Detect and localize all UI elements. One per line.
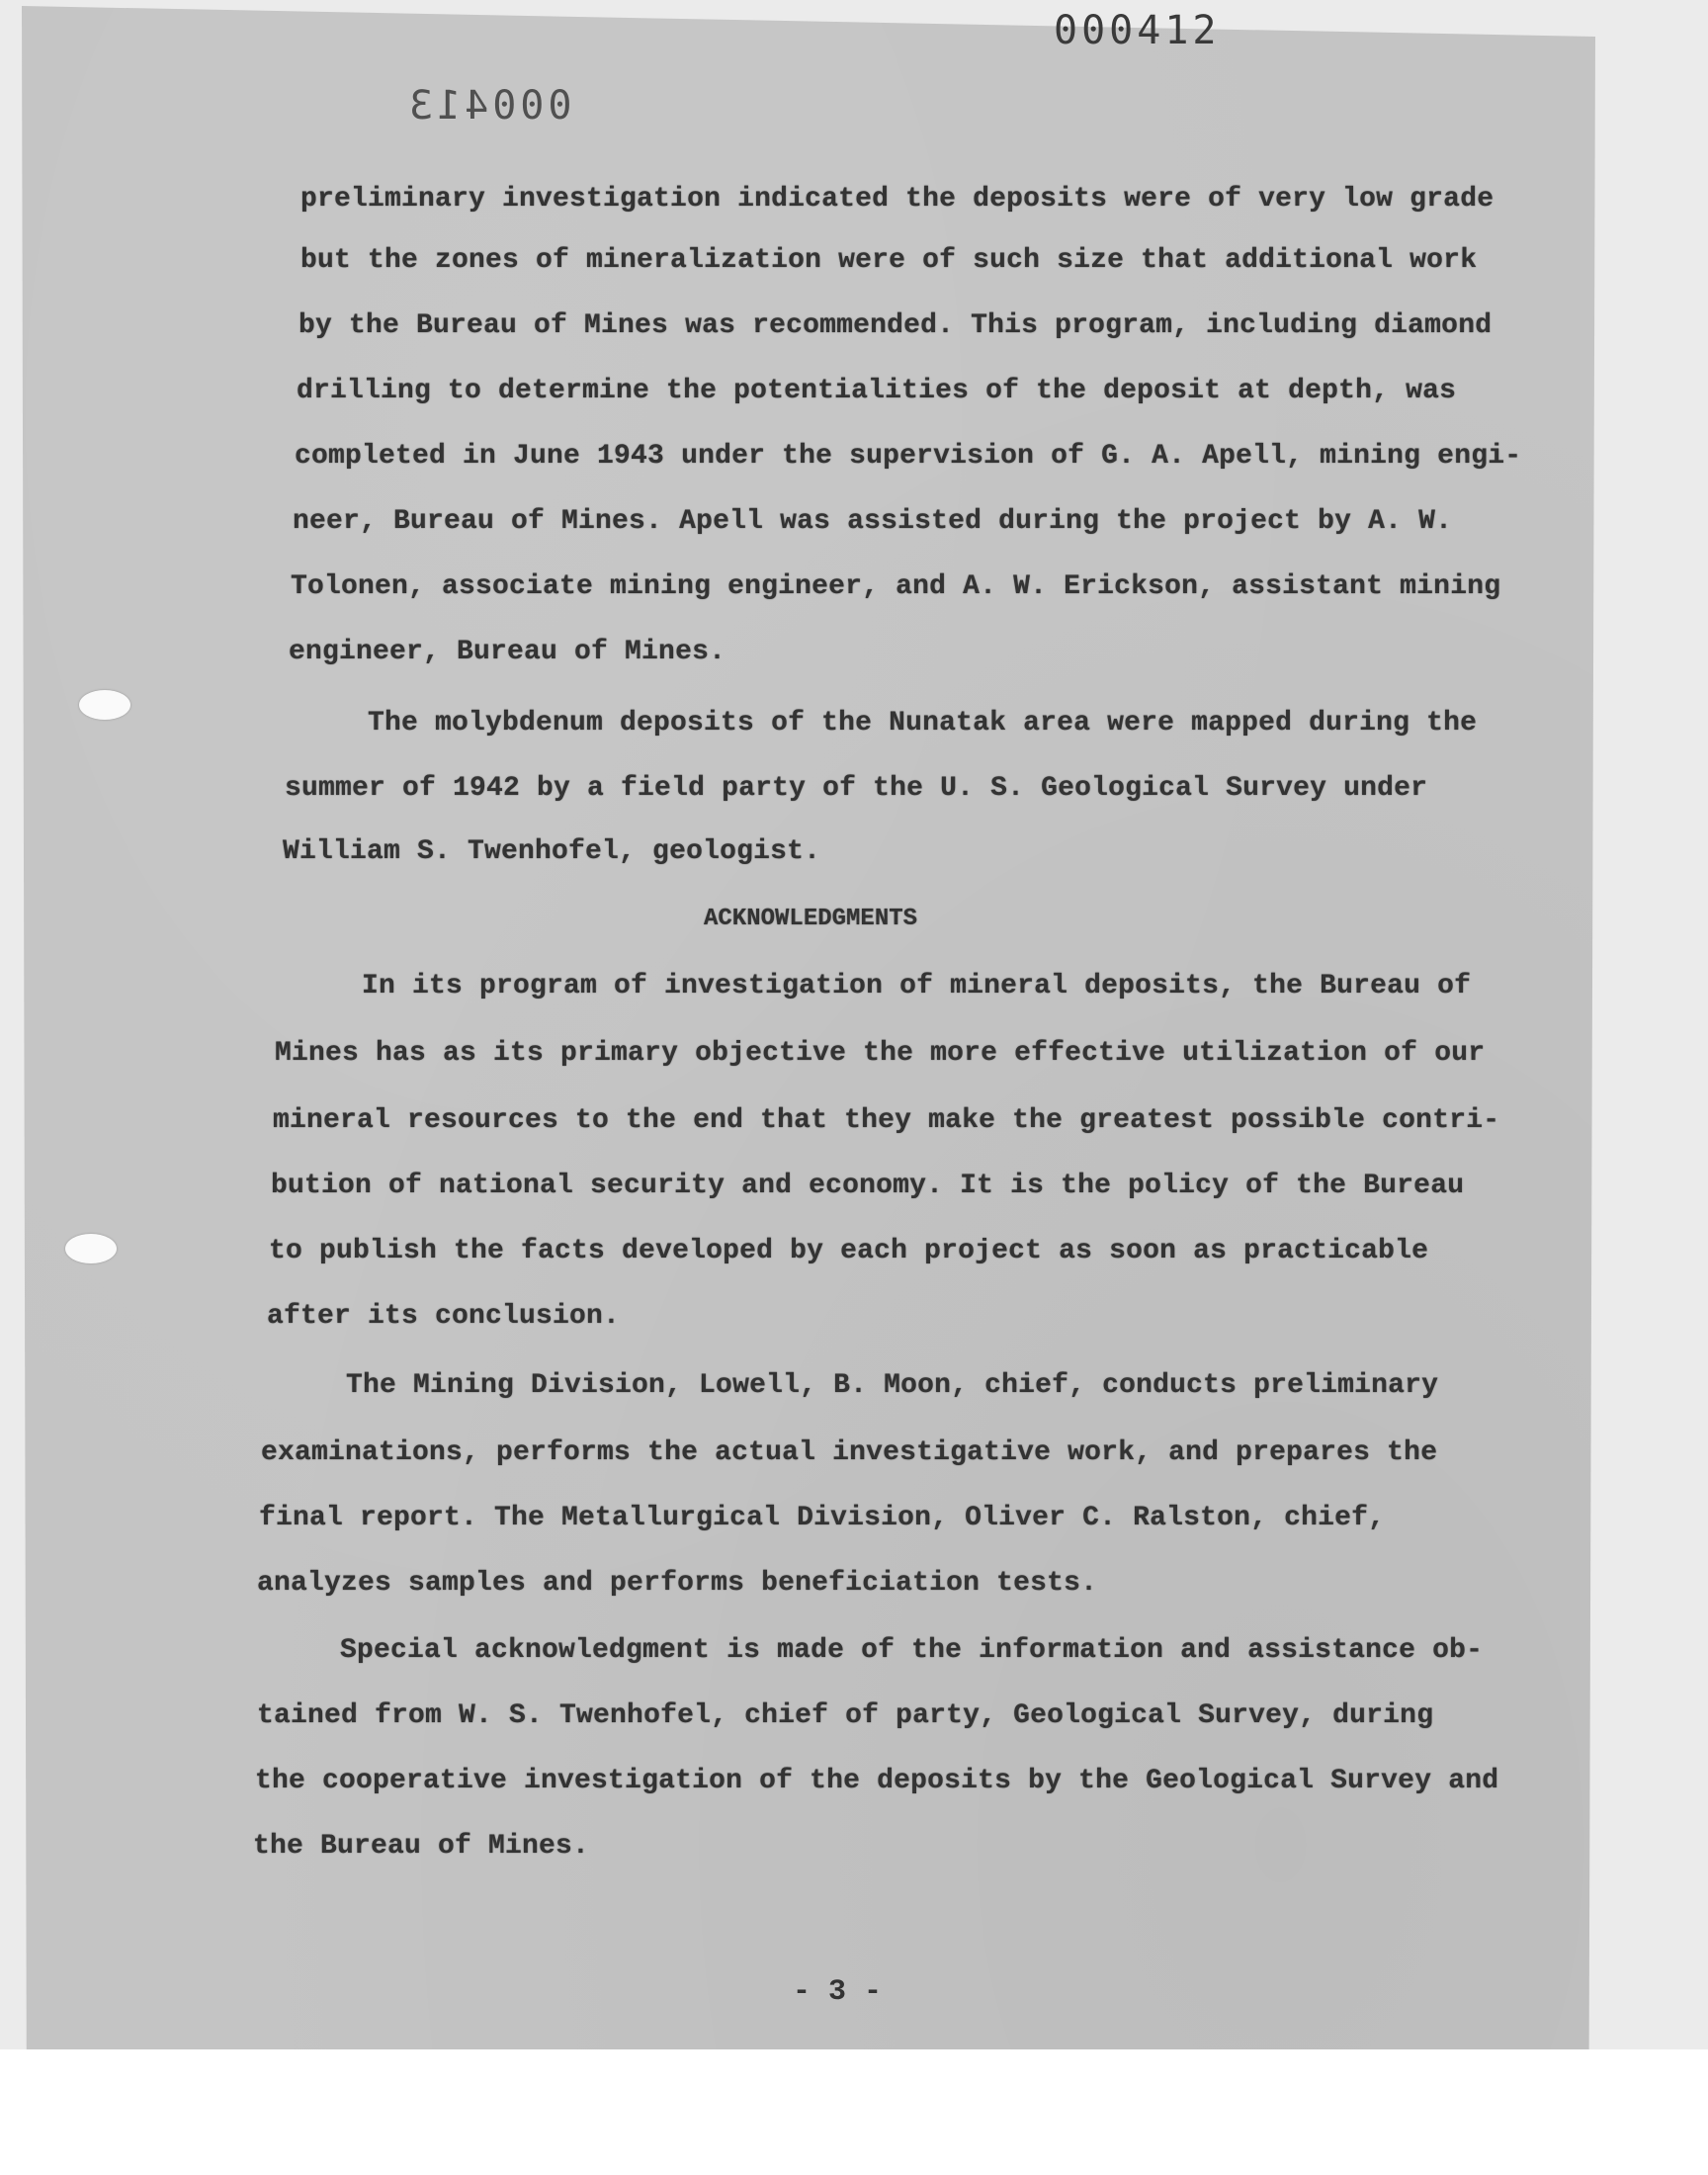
punch-hole-top [79, 690, 130, 720]
document-stamp-number: 000412 [1054, 8, 1221, 53]
text-line: William S. Twenhofel, geologist. [283, 836, 820, 867]
text-line: The molybdenum deposits of the Nunatak a… [368, 708, 1477, 739]
text-line: Mines has as its primary objective the m… [275, 1038, 1485, 1069]
text-line: examinations, performs the actual invest… [261, 1437, 1437, 1468]
text-line: the cooperative investigation of the dep… [255, 1766, 1498, 1796]
text-line: but the zones of mineralization were of … [300, 245, 1477, 276]
text-line: by the Bureau of Mines was recommended. … [299, 310, 1492, 341]
document-stamp-number-mirrored: 000413 [405, 83, 572, 129]
text-line: to publish the facts developed by each p… [269, 1236, 1428, 1266]
text-line: the Bureau of Mines. [253, 1831, 589, 1862]
text-line: completed in June 1943 under the supervi… [295, 441, 1521, 472]
page-number: - 3 - [793, 1975, 882, 2009]
text-line: analyzes samples and performs beneficiat… [257, 1568, 1097, 1599]
text-line: mineral resources to the end that they m… [273, 1105, 1499, 1136]
text-line: In its program of investigation of miner… [362, 971, 1471, 1001]
text-line: tained from W. S. Twenhofel, chief of pa… [257, 1700, 1433, 1731]
text-line: final report. The Metallurgical Division… [259, 1503, 1385, 1533]
text-line: summer of 1942 by a field party of the U… [285, 773, 1427, 804]
scan-bottom-margin [0, 2049, 1708, 2175]
text-line: bution of national security and economy.… [271, 1171, 1464, 1201]
text-line: Tolonen, associate mining engineer, and … [291, 571, 1500, 602]
punch-hole-bottom [65, 1234, 117, 1263]
text-line: neer, Bureau of Mines. Apell was assiste… [293, 506, 1452, 537]
text-line: preliminary investigation indicated the … [300, 184, 1494, 215]
text-line: after its conclusion. [267, 1301, 620, 1332]
text-line: engineer, Bureau of Mines. [289, 637, 726, 667]
text-line: drilling to determine the potentialities… [297, 376, 1456, 406]
section-heading: ACKNOWLEDGMENTS [704, 906, 917, 932]
text-line: The Mining Division, Lowell, B. Moon, ch… [346, 1370, 1438, 1401]
text-line: Special acknowledgment is made of the in… [340, 1635, 1483, 1666]
